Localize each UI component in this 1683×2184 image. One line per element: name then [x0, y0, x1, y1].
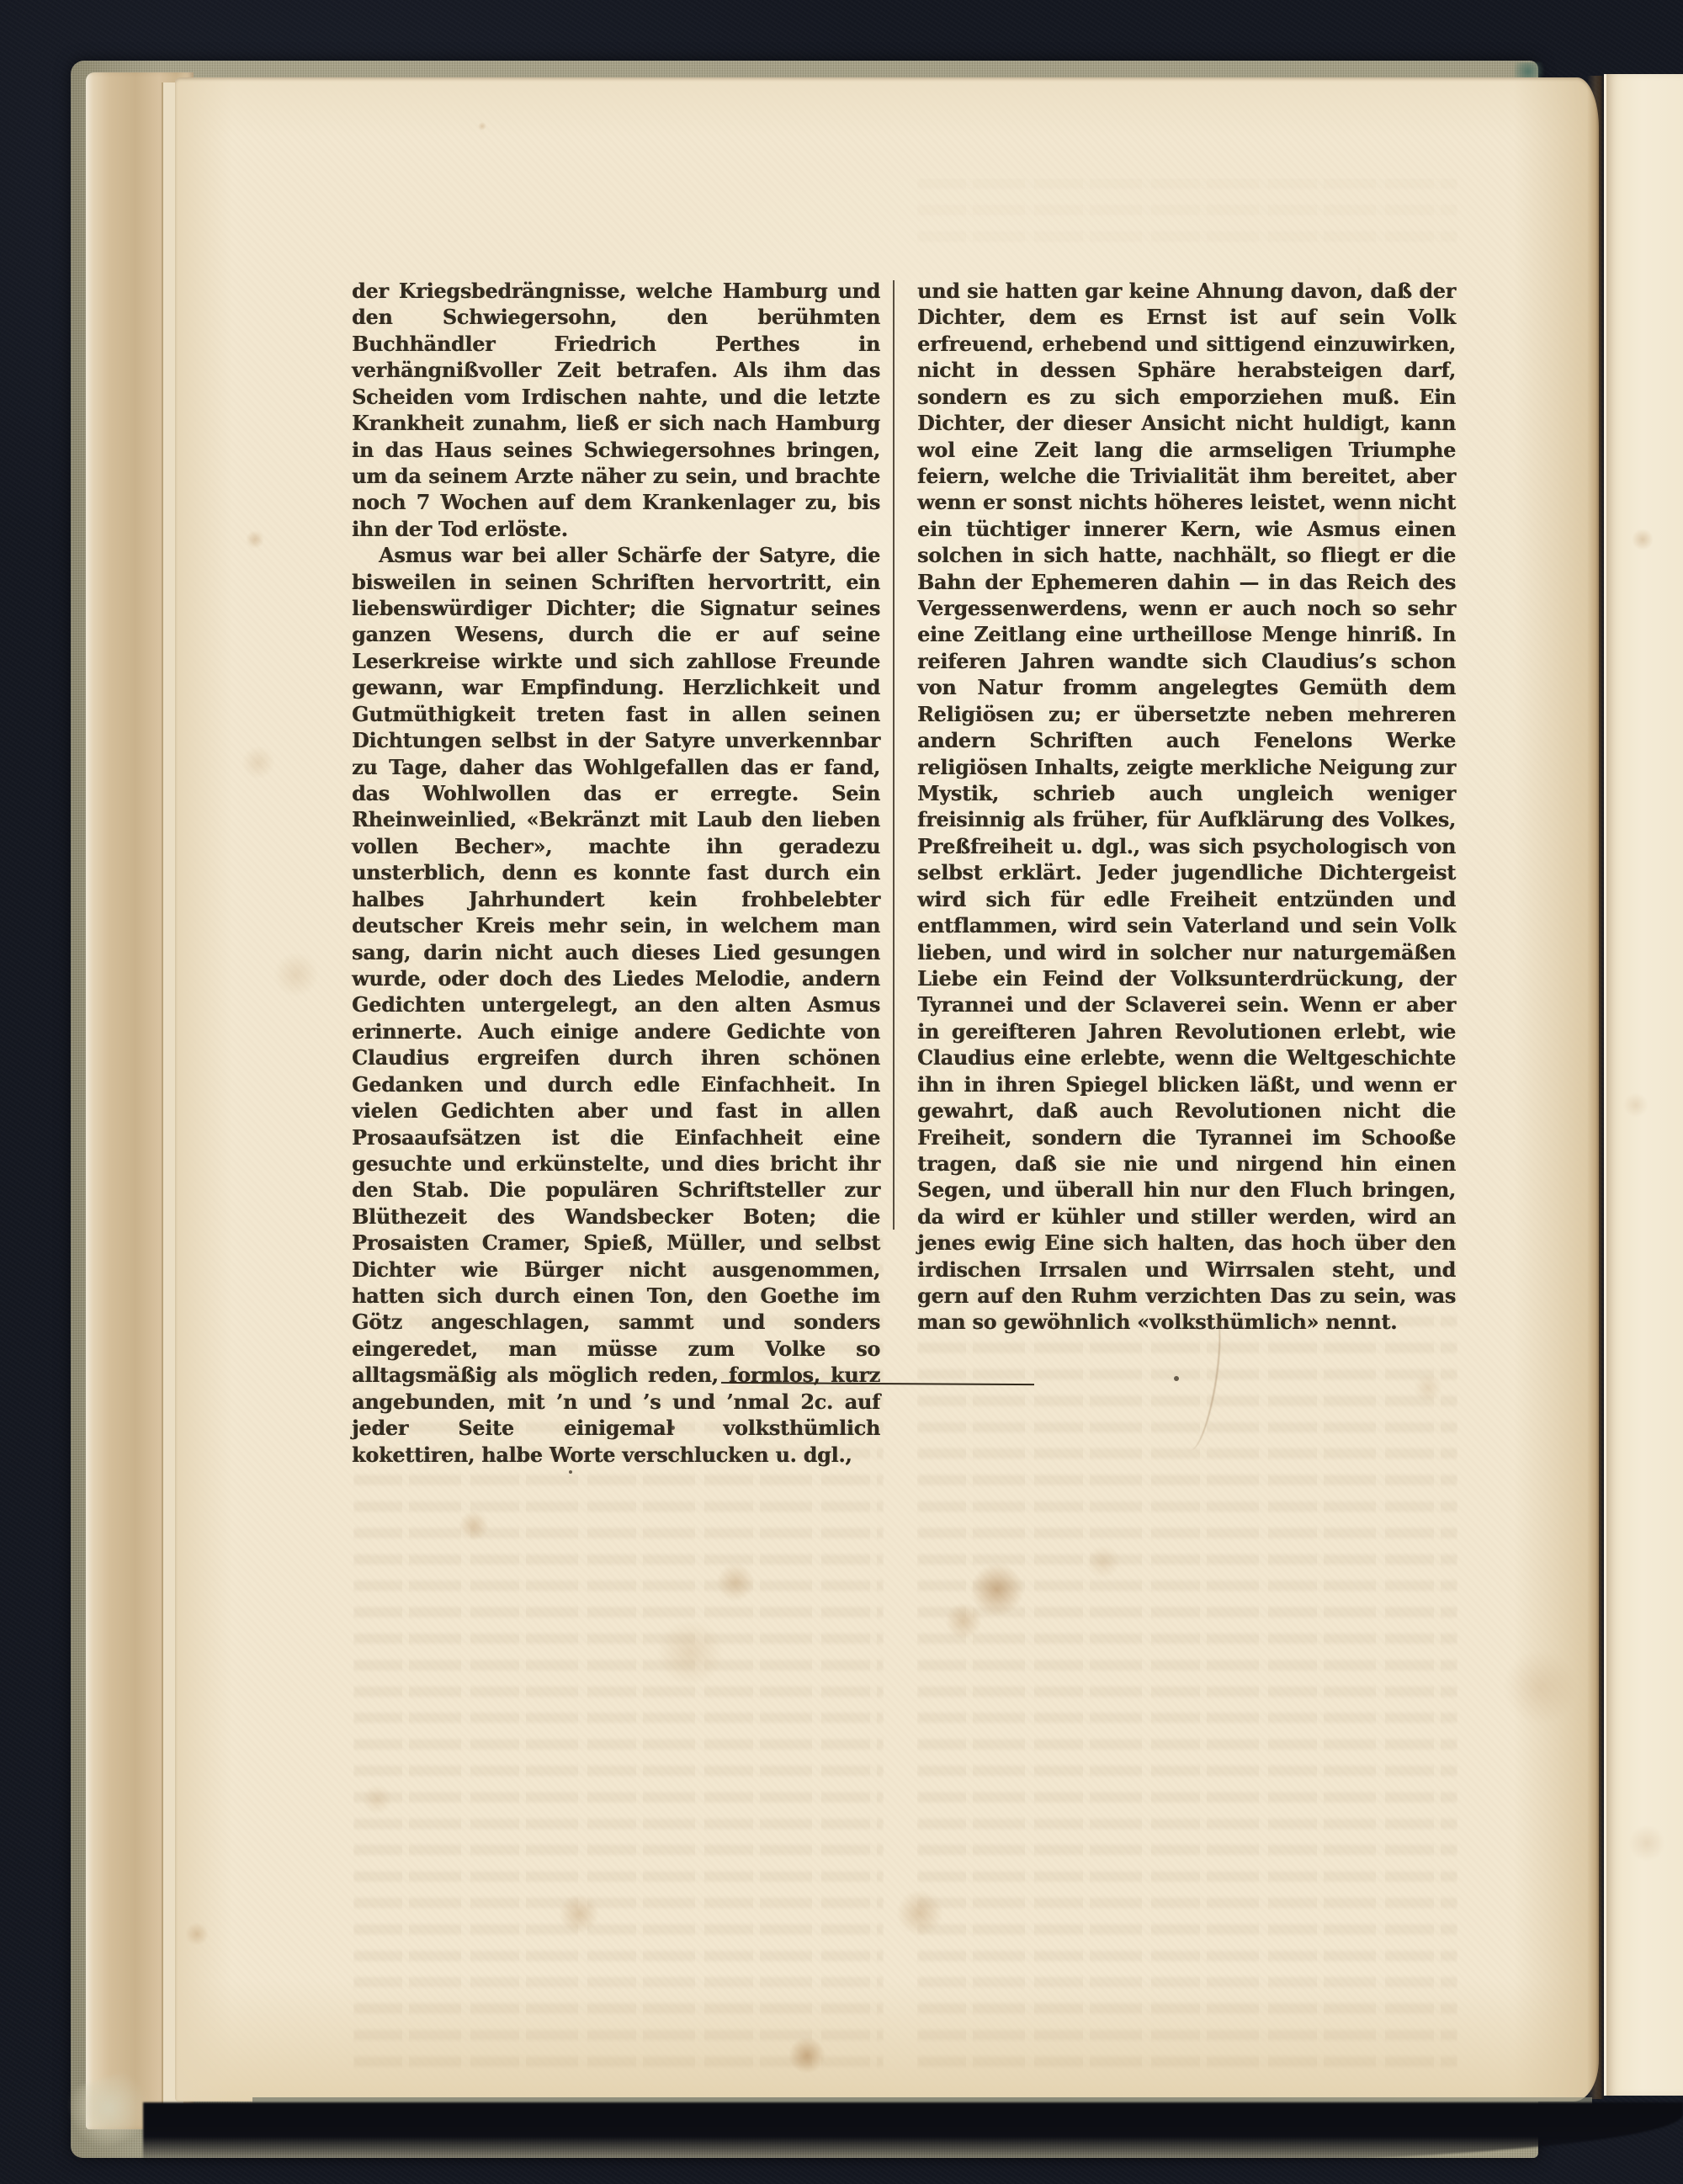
ink-speck: [1174, 1376, 1179, 1381]
main-page: der Kriegsbedrängnisse, welche Hamburg u…: [175, 77, 1599, 2102]
ink-speck: [671, 1426, 675, 1430]
show-through-text-top: [917, 178, 1457, 254]
text-column-left: der Kriegsbedrängnisse, welche Hamburg u…: [352, 279, 880, 1469]
paragraph: und sie hatten gar keine Ahnung davon, d…: [917, 279, 1456, 1336]
paragraph: Asmus war bei aller Schärfe der Satyre, …: [352, 543, 880, 1469]
paragraph: der Kriegsbedrängnisse, welche Hamburg u…: [352, 279, 880, 543]
text-column-right: und sie hatten gar keine Ahnung davon, d…: [917, 279, 1456, 1336]
foxing-stain: [1628, 1825, 1665, 1862]
paper-crease: [1358, 254, 1360, 835]
gutter-shadow: [1587, 76, 1606, 2099]
show-through-text-right: [917, 1237, 1457, 2079]
foxing-stain: [1632, 529, 1654, 550]
ink-speck: [569, 1470, 572, 1474]
photograph-background: der Kriegsbedrängnisse, welche Hamburg u…: [0, 0, 1683, 2184]
column-divider-rule: [893, 280, 895, 1230]
foxing-stain: [1623, 1092, 1648, 1118]
facing-page-edge: [1604, 74, 1683, 2096]
